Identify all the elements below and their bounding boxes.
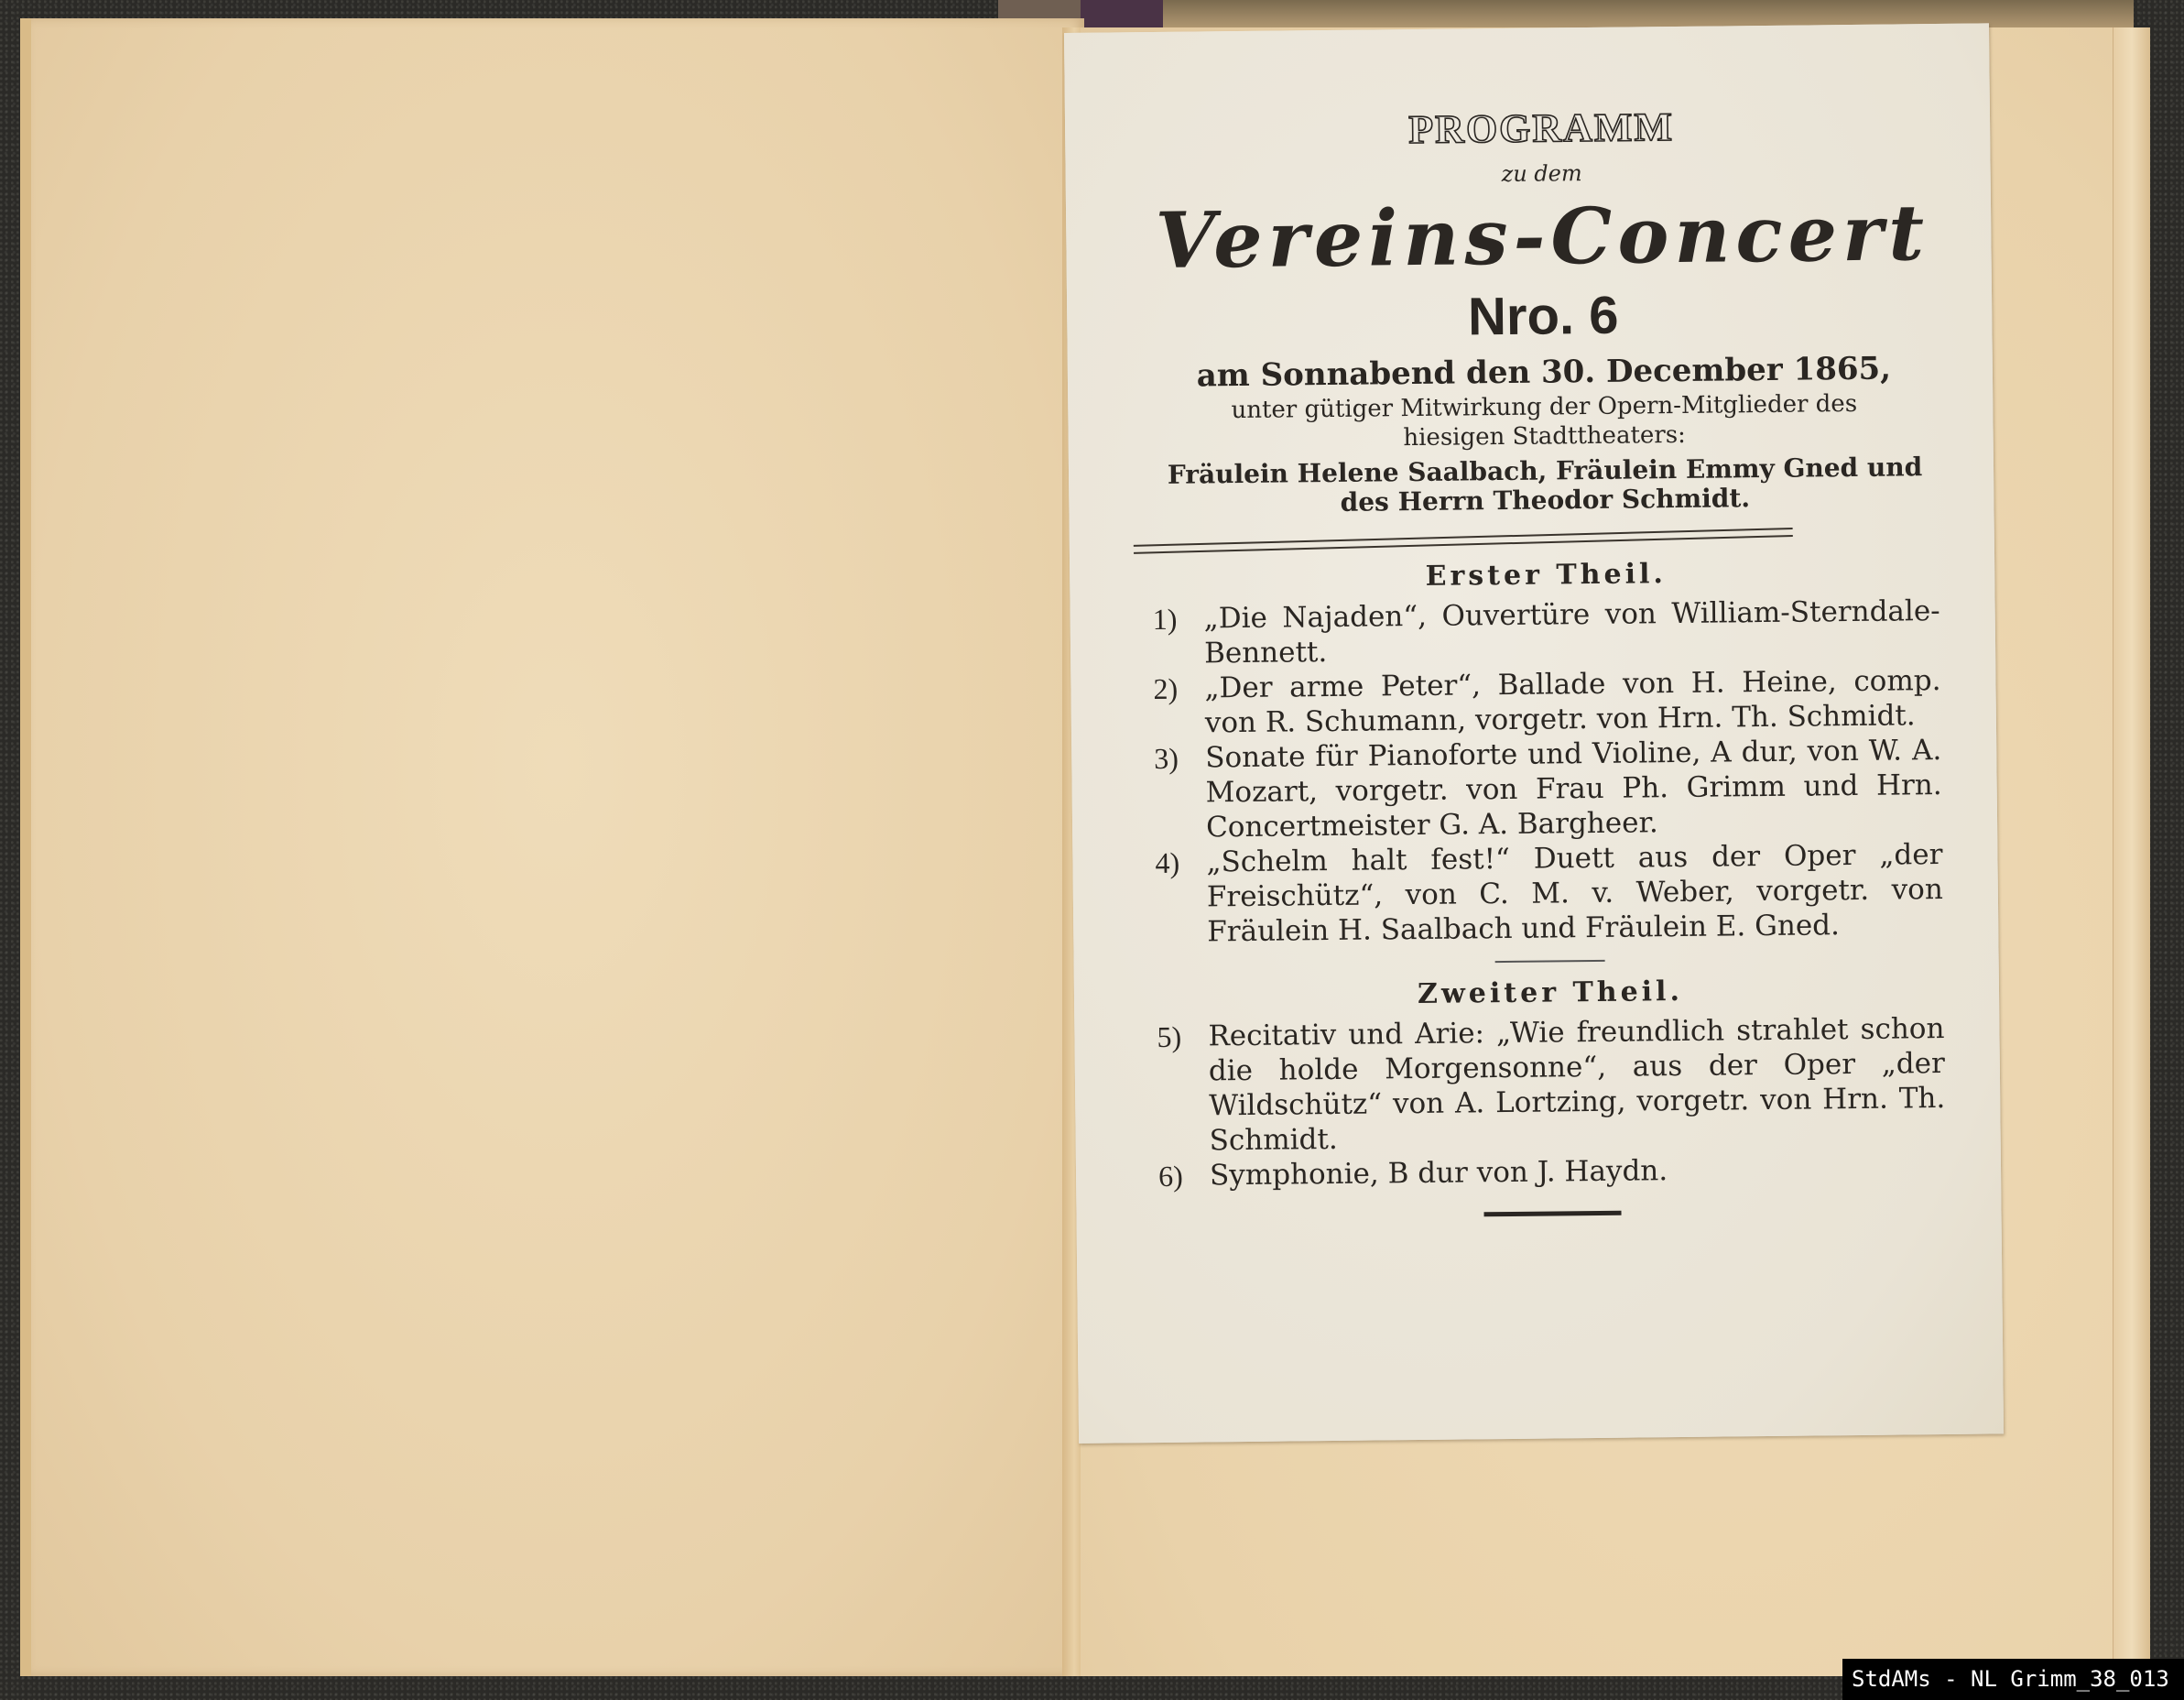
item-number: 2): [1153, 670, 1205, 741]
part-2-items: 5) Recitativ und Arie: „Wie freundlich s…: [1157, 1011, 1946, 1193]
item-number: 6): [1158, 1158, 1210, 1193]
concert-programme-sheet: PROGRAMM zu dem Vereins-Concert Nro. 6 a…: [1064, 23, 2004, 1443]
item-text: Symphonie, B dur von J. Haydn.: [1210, 1150, 1946, 1193]
end-rule: [1484, 1211, 1622, 1217]
item-number: 3): [1154, 740, 1206, 845]
item-number: 1): [1153, 601, 1205, 671]
programme-title: Vereins-Concert: [1148, 185, 1937, 289]
item-number: 5): [1157, 1019, 1210, 1159]
left-blank-page: [20, 18, 1084, 1676]
programme-item: 2) „Der arme Peter“, Ballade von H. Hein…: [1153, 663, 1941, 741]
programme-item: 3) Sonate für Pianoforte und Violine, A …: [1154, 733, 1942, 845]
item-text: „Die Najaden“, Ouvertüre von William-Ste…: [1204, 594, 1941, 670]
programme-item: 6) Symphonie, B dur von J. Haydn.: [1158, 1150, 1946, 1193]
programme-item: 1) „Die Najaden“, Ouvertüre von William-…: [1153, 594, 1941, 671]
programme-item: 4) „Schelm halt fest!“ Duett aus der Ope…: [1155, 837, 1943, 950]
item-text: Sonate für Pianoforte und Violine, A dur…: [1205, 733, 1942, 845]
section-divider: [1495, 960, 1605, 963]
programme-header: PROGRAMM: [1147, 97, 1936, 160]
page-edge-stack: [2113, 27, 2150, 1676]
headband: [1081, 0, 1163, 27]
concert-number: Nro. 6: [1149, 280, 1938, 353]
item-text: „Der arme Peter“, Ballade von H. Heine, …: [1204, 663, 1941, 740]
item-text: „Schelm halt fest!“ Duett aus der Oper „…: [1206, 837, 1943, 949]
item-number: 4): [1155, 845, 1207, 950]
programme-content: PROGRAMM zu dem Vereins-Concert Nro. 6 a…: [1147, 97, 1947, 1220]
programme-item: 5) Recitativ und Arie: „Wie freundlich s…: [1157, 1011, 1946, 1159]
part-1-items: 1) „Die Najaden“, Ouvertüre von William-…: [1153, 594, 1944, 950]
double-rule-divider: [1134, 528, 1793, 554]
archive-caption: StdAMs - NL Grimm_38_013: [1842, 1659, 2184, 1700]
item-text: Recitativ und Arie: „Wie freundlich stra…: [1208, 1011, 1946, 1158]
